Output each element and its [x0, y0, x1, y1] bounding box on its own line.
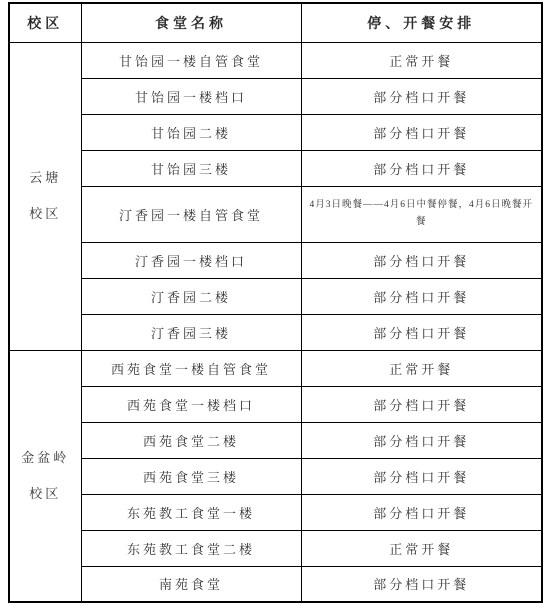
table-row: 汀香园一楼档口 部分档口开餐 [9, 242, 542, 278]
table-row: 甘饴园三楼 部分档口开餐 [9, 150, 542, 186]
hall-name-cell: 甘饴园三楼 [81, 150, 301, 186]
hall-name-cell: 汀香园三楼 [81, 314, 301, 350]
hall-name-cell: 汀香园二楼 [81, 278, 301, 314]
hall-name-cell: 西苑食堂二楼 [81, 422, 301, 458]
table-row: 金盆岭 校区 西苑食堂一楼自管食堂 正常开餐 [9, 350, 542, 386]
arrangement-cell: 部分档口开餐 [301, 422, 542, 458]
table-row: 甘饴园二楼 部分档口开餐 [9, 114, 542, 150]
table-row: 汀香园二楼 部分档口开餐 [9, 278, 542, 314]
campus-cell-yuntang: 云塘 校区 [9, 42, 81, 350]
hall-name-cell: 汀香园一楼档口 [81, 242, 301, 278]
campus-name-line: 云塘 [14, 160, 77, 196]
arrangement-cell: 部分档口开餐 [301, 314, 542, 350]
document-page: 校区 食堂名称 停、开餐安排 云塘 校区 甘饴园一楼自管食堂 正常开餐 甘饴园一… [0, 0, 546, 603]
arrangement-cell: 部分档口开餐 [301, 386, 542, 422]
table-row: 汀香园一楼自管食堂 4月3日晚餐——4月6日中餐停餐，4月6日晚餐开餐 [9, 186, 542, 242]
table-row: 东苑教工食堂二楼 正常开餐 [9, 530, 542, 566]
hall-name-cell: 西苑食堂一楼档口 [81, 386, 301, 422]
table-row: 西苑食堂一楼档口 部分档口开餐 [9, 386, 542, 422]
hall-name-cell: 甘饴园一楼档口 [81, 78, 301, 114]
table-header-row: 校区 食堂名称 停、开餐安排 [9, 3, 542, 42]
arrangement-cell: 部分档口开餐 [301, 114, 542, 150]
arrangement-cell: 部分档口开餐 [301, 566, 542, 602]
table-row: 西苑食堂二楼 部分档口开餐 [9, 422, 542, 458]
arrangement-cell: 部分档口开餐 [301, 150, 542, 186]
arrangement-cell: 4月3日晚餐——4月6日中餐停餐，4月6日晚餐开餐 [301, 186, 542, 242]
table-row: 西苑食堂三楼 部分档口开餐 [9, 458, 542, 494]
arrangement-cell: 部分档口开餐 [301, 494, 542, 530]
table-row: 甘饴园一楼档口 部分档口开餐 [9, 78, 542, 114]
campus-cell-jinpenling: 金盆岭 校区 [9, 350, 81, 602]
hall-name-cell: 南苑食堂 [81, 566, 301, 602]
arrangement-cell: 部分档口开餐 [301, 242, 542, 278]
arrangement-cell: 正常开餐 [301, 350, 542, 386]
hall-name-cell: 汀香园一楼自管食堂 [81, 186, 301, 242]
campus-name-line: 校区 [14, 476, 77, 512]
campus-name-line: 校区 [14, 196, 77, 232]
hall-name-cell: 西苑食堂三楼 [81, 458, 301, 494]
dining-schedule-table: 校区 食堂名称 停、开餐安排 云塘 校区 甘饴园一楼自管食堂 正常开餐 甘饴园一… [8, 2, 543, 603]
hall-name-cell: 甘饴园二楼 [81, 114, 301, 150]
hall-name-cell: 东苑教工食堂二楼 [81, 530, 301, 566]
table-row: 云塘 校区 甘饴园一楼自管食堂 正常开餐 [9, 42, 542, 78]
column-header-arrangement: 停、开餐安排 [301, 3, 542, 42]
hall-name-cell: 东苑教工食堂一楼 [81, 494, 301, 530]
table-row: 东苑教工食堂一楼 部分档口开餐 [9, 494, 542, 530]
campus-name-line: 金盆岭 [14, 440, 77, 476]
hall-name-cell: 西苑食堂一楼自管食堂 [81, 350, 301, 386]
arrangement-cell: 部分档口开餐 [301, 278, 542, 314]
hall-name-cell: 甘饴园一楼自管食堂 [81, 42, 301, 78]
column-header-hall-name: 食堂名称 [81, 3, 301, 42]
arrangement-cell: 部分档口开餐 [301, 78, 542, 114]
arrangement-cell: 部分档口开餐 [301, 458, 542, 494]
column-header-campus: 校区 [9, 3, 81, 42]
table-row: 南苑食堂 部分档口开餐 [9, 566, 542, 602]
arrangement-cell: 正常开餐 [301, 530, 542, 566]
table-row: 汀香园三楼 部分档口开餐 [9, 314, 542, 350]
arrangement-cell: 正常开餐 [301, 42, 542, 78]
